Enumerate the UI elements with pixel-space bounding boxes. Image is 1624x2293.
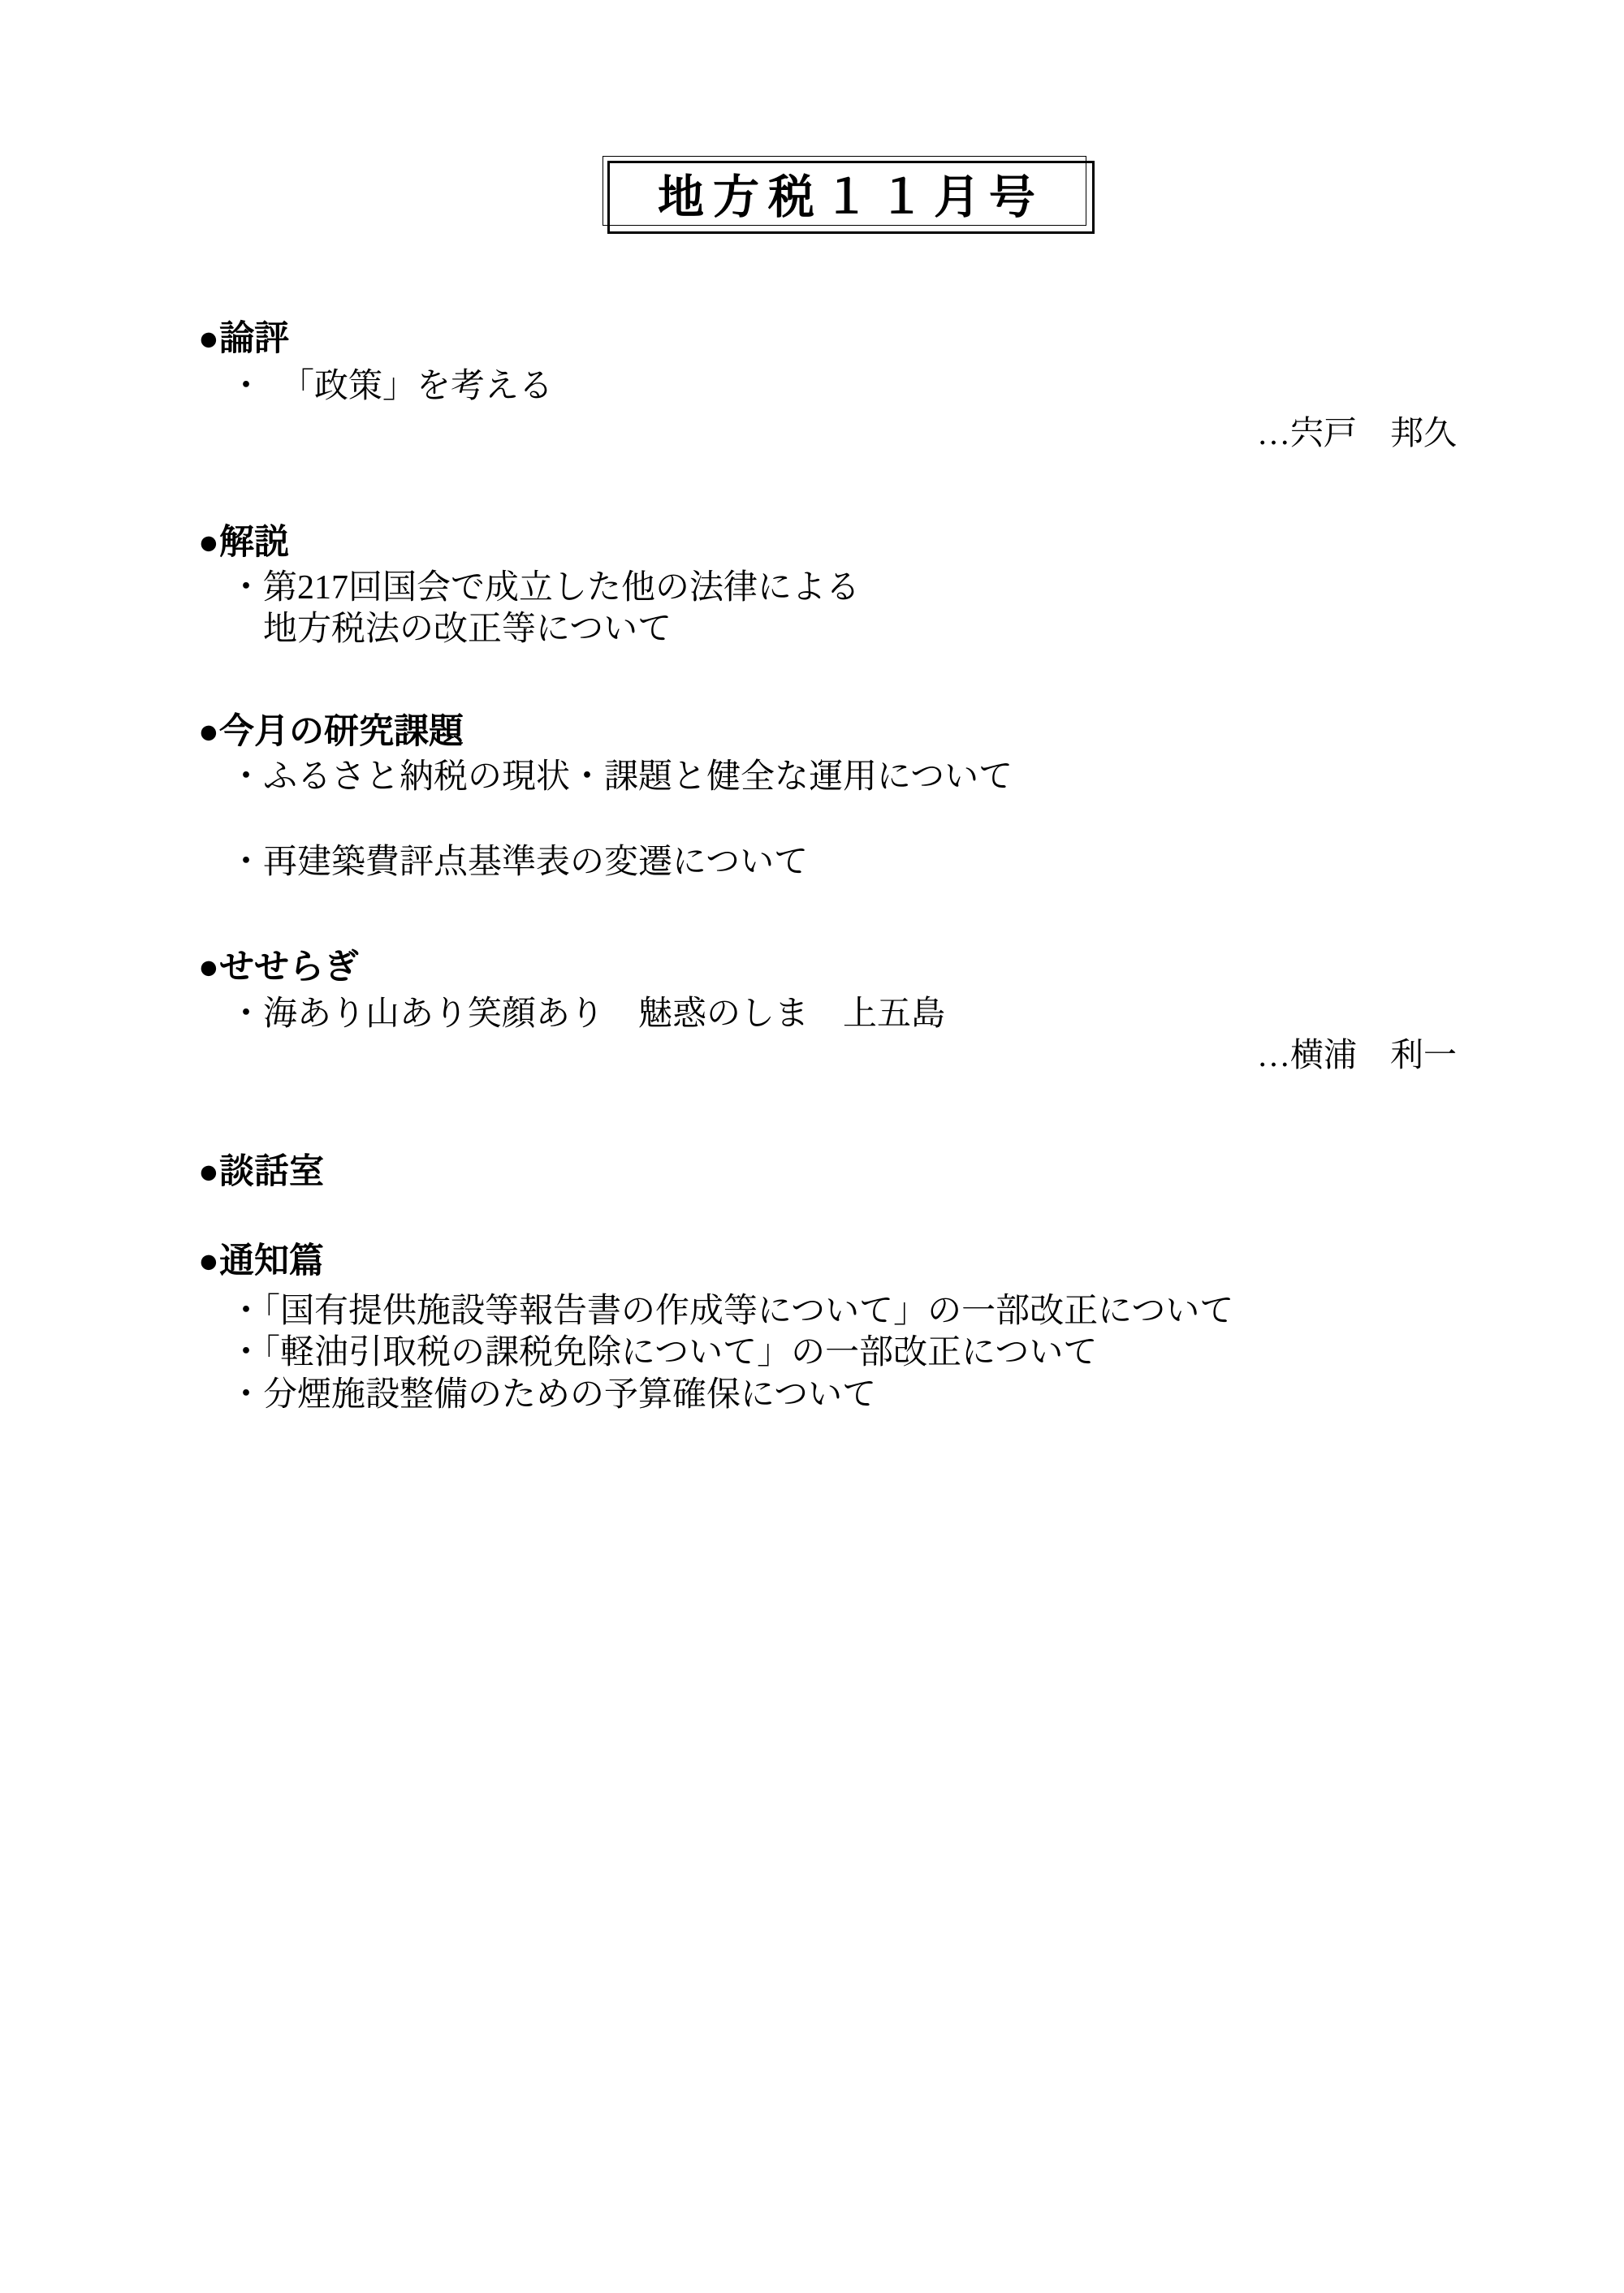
toc-item-kokuyu-teikyo: ・「国有提供施設等報告書の作成等について」の一部改正について [229, 1293, 1233, 1330]
section-heading-tsuchihen: ●通知篇 [198, 1242, 324, 1280]
section-heading-kenkyu-kadai: ●今月の研究課題 [198, 713, 464, 751]
author-name-yokoura: …横浦 利一 [1257, 1037, 1457, 1073]
toc-item-kokkai-line1: ・第217回国会で成立した他の法律による [229, 569, 860, 607]
section-heading-kaisetsu: ●解説 [198, 524, 289, 562]
author-name-shishido: …宍戸 邦久 [1257, 415, 1457, 451]
section-heading-seseragi: ●せせらぎ [198, 948, 359, 987]
title-box: 地方税１１月号 [607, 161, 1095, 234]
section-heading-ronpyo: ●論評 [198, 320, 289, 358]
document-page: 地方税１１月号 ●論評 ・ 「政策」を考える …宍戸 邦久 ●解説 ・第217回… [0, 0, 1624, 2293]
toc-item-kamigoto: ・海あり山あり笑顔あり 魅惑のしま 上五島 [229, 995, 945, 1033]
toc-item-bunen-shisetsu: ・分煙施設整備のための予算確保について [229, 1376, 876, 1414]
toc-item-kokkai-line2: 地方税法の改正等について [263, 611, 672, 648]
toc-item-seisaku: ・ 「政策」を考える [229, 368, 553, 405]
toc-item-furusato: ・ふるさと納税の現状・課題と健全な運用について [229, 758, 1013, 796]
toc-item-saikenchiku: ・再建築費評点基準表の変遷について [229, 844, 808, 881]
section-heading-danwashitsu: ●談話室 [198, 1153, 324, 1191]
page-title: 地方税１１月号 [658, 175, 1044, 221]
toc-item-keiyu-hikitorizei: ・「軽油引取税の課税免除について」の一部改正について [229, 1334, 1097, 1371]
